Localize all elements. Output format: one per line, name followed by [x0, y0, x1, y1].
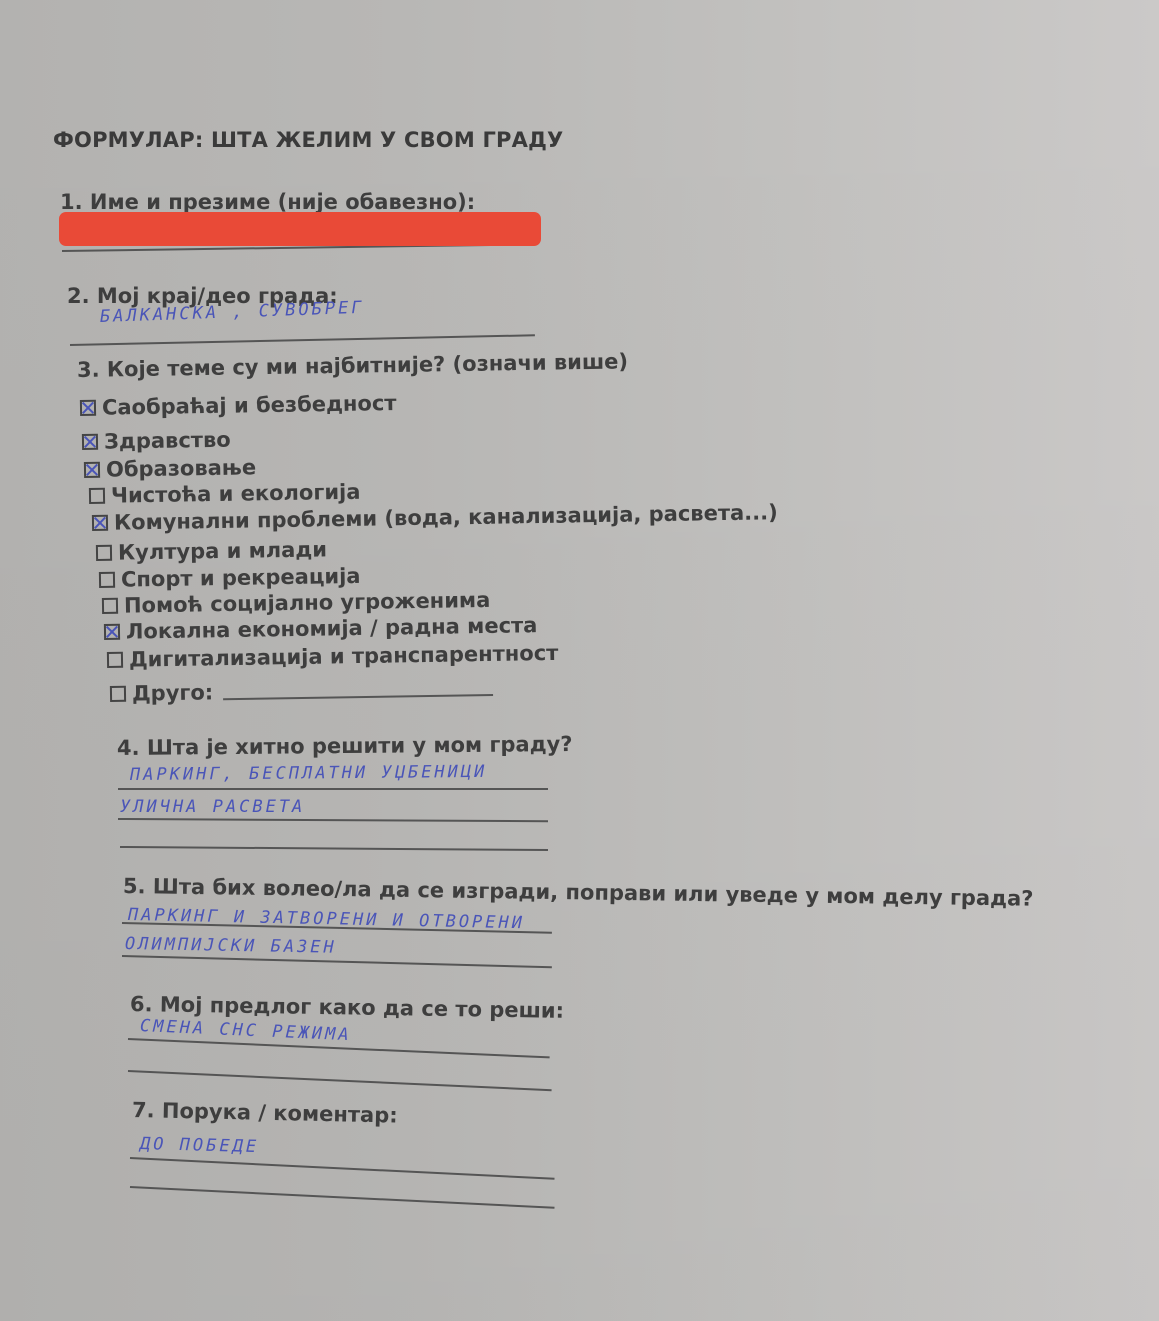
topic-option[interactable]: Спорт и рекреација: [99, 564, 361, 592]
topic-option-label: Дигитализација и транспарентност: [129, 641, 559, 672]
topic-option[interactable]: Друго:: [110, 676, 494, 706]
answer-7-line-1: до победе: [140, 1134, 260, 1157]
checkbox-empty-icon[interactable]: [102, 598, 118, 614]
answer-line-4b[interactable]: [118, 818, 548, 822]
other-answer-line[interactable]: [223, 694, 493, 700]
question-3-label: Које теме су ми најбитније? (означи више…: [107, 349, 629, 381]
question-7-number: 7.: [132, 1098, 155, 1122]
topic-option-label: Образовање: [106, 455, 256, 481]
topic-option-label: Локална економија / радна места: [126, 613, 538, 643]
topic-option[interactable]: Помоћ социјално угроженима: [102, 588, 491, 618]
question-7: 7. Порука / коментар:: [132, 1098, 398, 1128]
question-6-label: Мој предлог како да се то реши:: [160, 992, 564, 1022]
form-title: ФОРМУЛАР: ШТА ЖЕЛИМ У СВОМ ГРАДУ: [53, 128, 563, 152]
question-4-label: Шта је хитно решити у мом граду?: [147, 732, 573, 760]
question-5: 5. Шта бих волео/ла да се изгради, попра…: [123, 874, 1034, 911]
answer-line-4a[interactable]: [118, 788, 548, 790]
topic-option-label: Помоћ социјално угроженима: [124, 588, 491, 618]
question-2-number: 2.: [67, 284, 90, 308]
checkbox-empty-icon[interactable]: [99, 572, 115, 588]
question-4: 4. Шта је хитно решити у мом граду?: [117, 732, 573, 760]
question-4-number: 4.: [117, 736, 140, 760]
topic-option-label: Саобраћај и безбедност: [102, 391, 397, 420]
topic-option-label: Култура и млади: [118, 537, 327, 564]
question-1-number: 1.: [60, 190, 83, 214]
answer-line-7a[interactable]: [130, 1157, 555, 1180]
checkbox-checked-icon[interactable]: [82, 434, 98, 450]
question-7-label: Порука / коментар:: [162, 1099, 398, 1128]
checkbox-empty-icon[interactable]: [107, 652, 123, 668]
checkbox-checked-icon[interactable]: [104, 624, 120, 640]
answer-line-6b[interactable]: [128, 1070, 552, 1091]
answer-4-line-1: паркинг, бесплатни уџбеници: [130, 762, 488, 785]
topic-option[interactable]: Чистоћа и екологија: [89, 480, 361, 508]
checkbox-checked-icon[interactable]: [92, 515, 108, 531]
topic-option[interactable]: Дигитализација и транспарентност: [107, 641, 559, 672]
question-6-number: 6.: [130, 992, 153, 1016]
topic-option[interactable]: Образовање: [84, 455, 256, 482]
answer-4-line-2: улична расвета: [120, 797, 305, 817]
topic-option[interactable]: Саобраћај и безбедност: [80, 391, 397, 420]
checkbox-empty-icon[interactable]: [96, 545, 112, 561]
answer-line-7b[interactable]: [130, 1186, 555, 1209]
topic-option-label: Спорт и рекреација: [121, 564, 361, 592]
checkbox-checked-icon[interactable]: [84, 462, 100, 478]
question-3: 3. Које теме су ми најбитније? (означи в…: [77, 349, 628, 382]
checkbox-empty-icon[interactable]: [89, 488, 105, 504]
question-5-label: Шта бих волео/ла да се изгради, поправи …: [153, 874, 1034, 910]
topic-option-label: Здравство: [104, 428, 231, 454]
question-5-number: 5.: [123, 874, 146, 898]
redaction-bar: [59, 212, 541, 246]
answer-5-line-2: олимпијски базен: [125, 934, 337, 958]
question-1: 1. Име и презиме (није обавезно):: [60, 190, 475, 214]
topic-option[interactable]: Култура и млади: [96, 537, 327, 565]
question-1-label: Име и презиме (није обавезно):: [90, 190, 475, 214]
topic-option[interactable]: Локална економија / радна места: [104, 613, 538, 644]
topic-option[interactable]: Здравство: [82, 428, 231, 454]
form-paper: ФОРМУЛАР: ШТА ЖЕЛИМ У СВОМ ГРАДУ 1. Име …: [0, 0, 1159, 1321]
checkbox-empty-icon[interactable]: [110, 686, 126, 702]
question-3-number: 3.: [77, 358, 100, 382]
answer-line-2[interactable]: [70, 334, 535, 346]
answer-line-4c[interactable]: [120, 846, 548, 851]
checkbox-checked-icon[interactable]: [80, 400, 96, 416]
answer-line-5b[interactable]: [122, 955, 552, 968]
topic-option-label: Друго:: [132, 680, 214, 705]
topic-option-label: Чистоћа и екологија: [111, 480, 361, 508]
